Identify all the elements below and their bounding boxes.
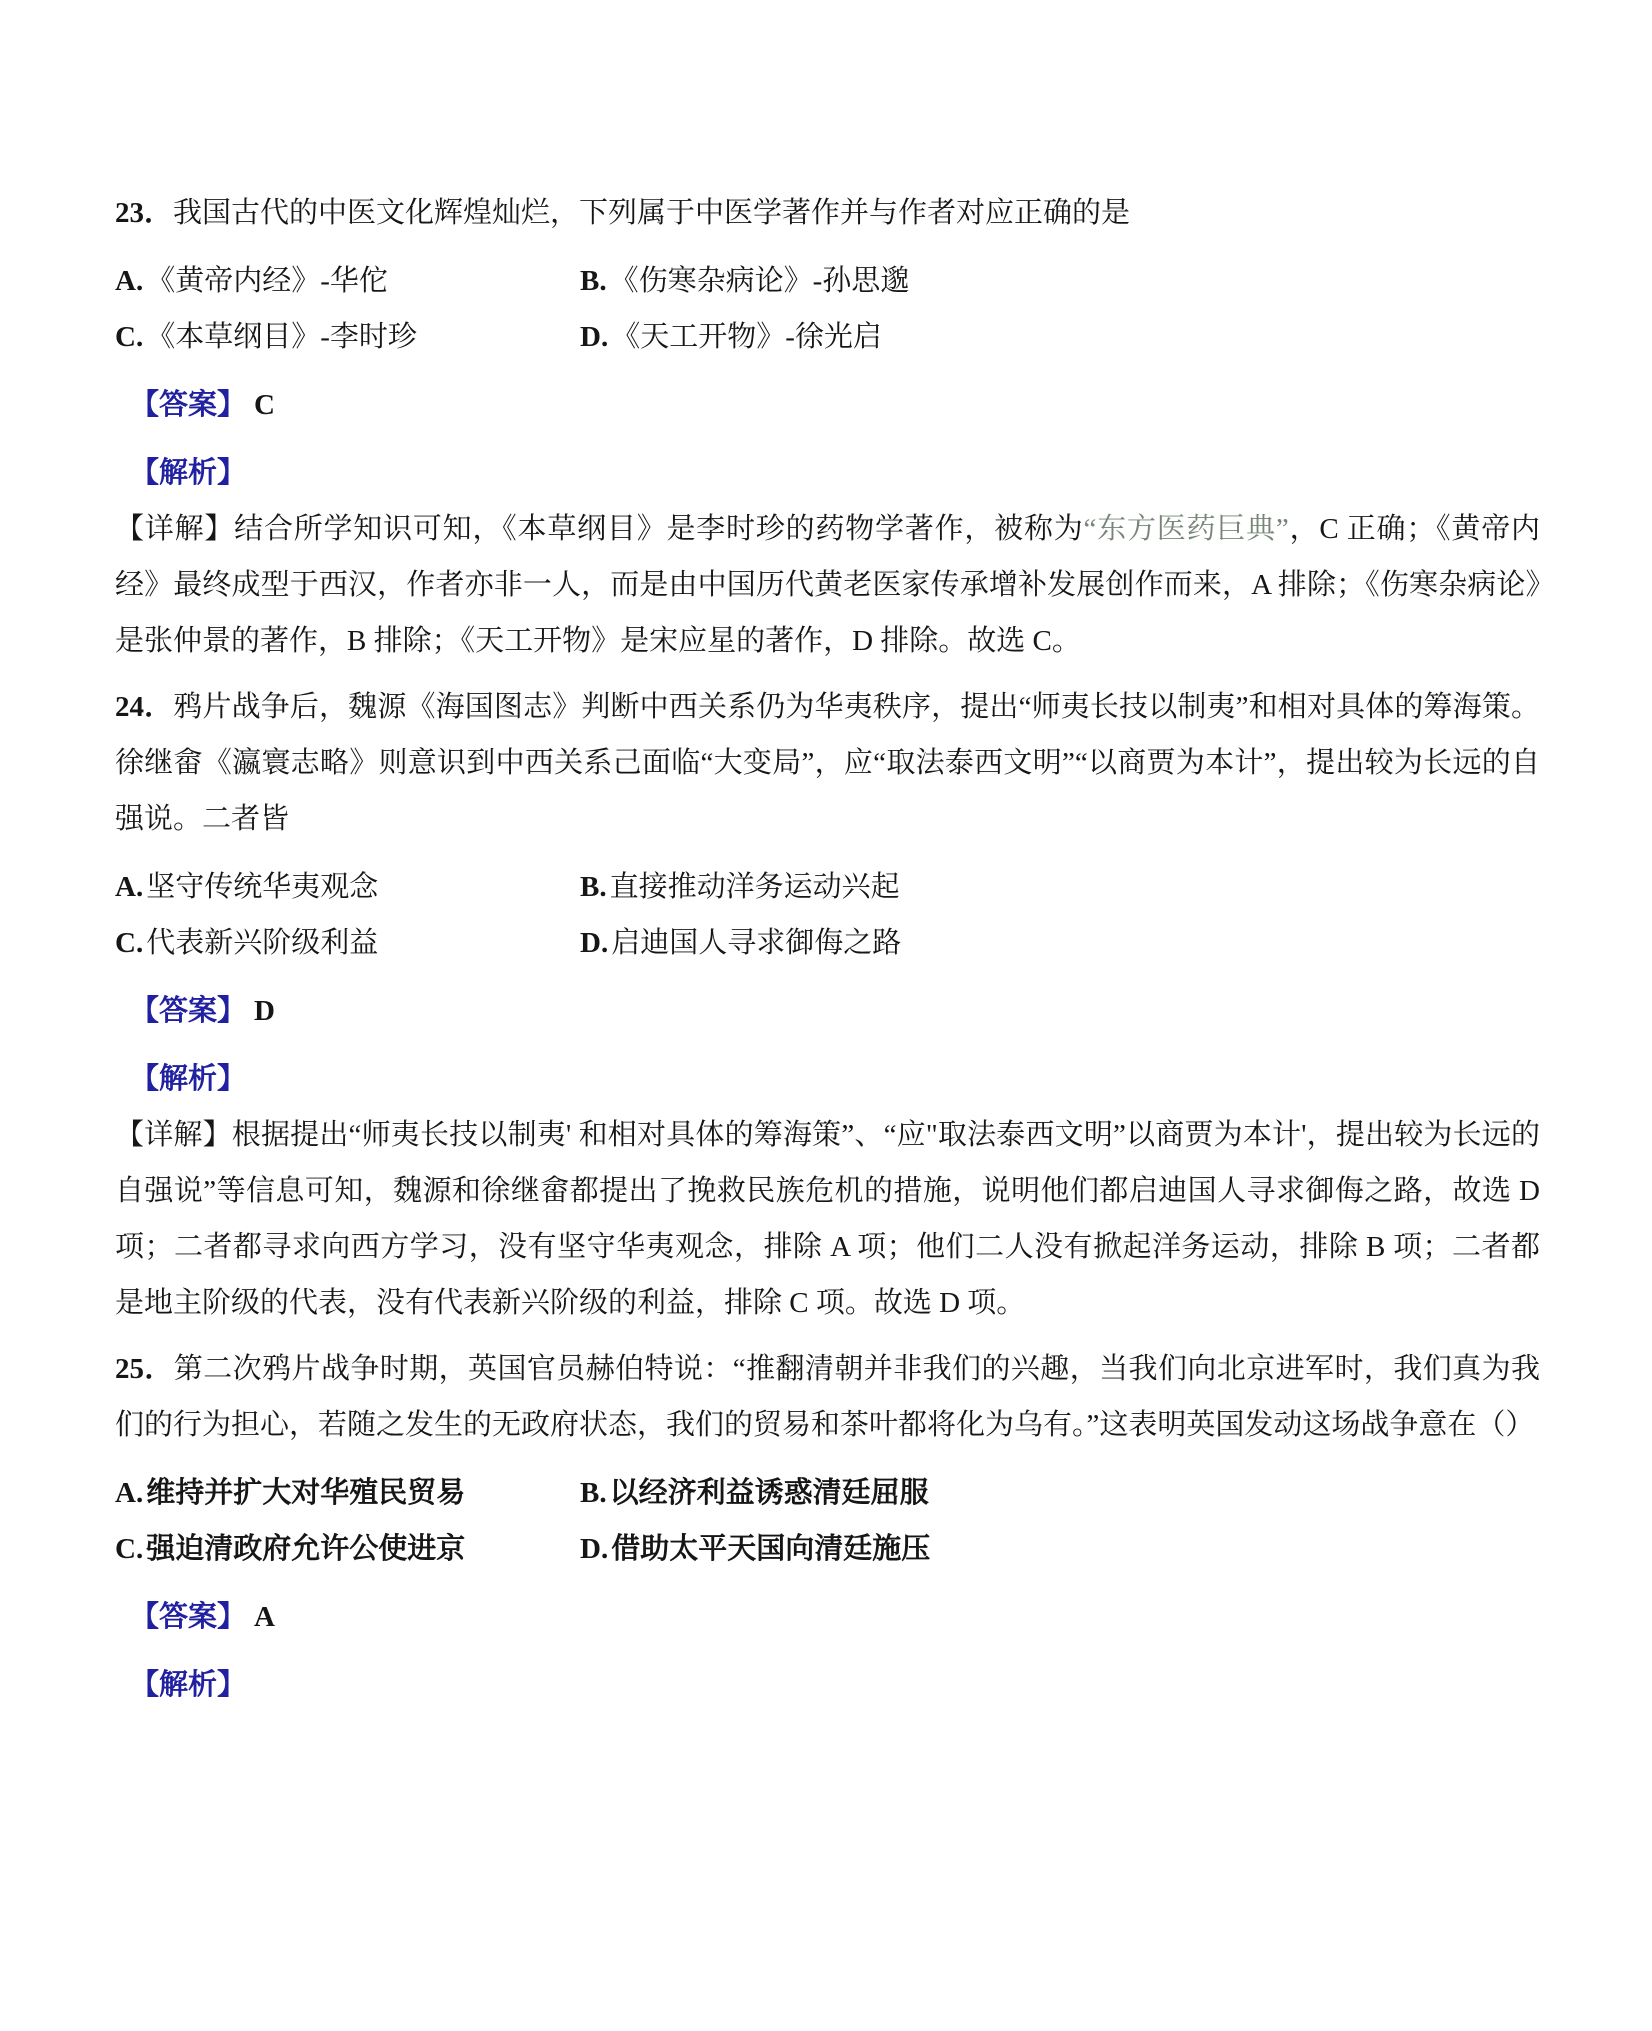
option-a: A.《黄帝内经》-华佗	[115, 253, 580, 309]
answer-line: 【答案】C	[115, 377, 1540, 433]
option-b: B.直接推动洋务运动兴起	[580, 859, 1540, 915]
option-text: 以经济利益诱惑清廷屈服	[610, 1477, 929, 1509]
options-grid: A.维持并扩大对华殖民贸易 B.以经济利益诱惑清廷屈服 C.强迫清政府允许公使进…	[115, 1465, 1540, 1577]
option-c: C.代表新兴阶级利益	[115, 915, 580, 971]
option-d: D.《天工开物》-徐光启	[580, 309, 1540, 365]
answer-value: C	[254, 389, 275, 421]
answer-line: 【答案】A	[115, 1589, 1540, 1645]
question-text: 第二次鸦片战争时期，英国官员赫伯特说：“推翻清朝并非我们的兴趣，当我们向北京进军…	[115, 1353, 1540, 1441]
option-letter: A.	[115, 1477, 143, 1509]
question-text: 鸦片战争后，魏源《海国图志》判断中西关系仍为华夷秩序，提出“师夷长技以制夷”和相…	[115, 691, 1540, 835]
option-letter: B.	[580, 265, 607, 297]
detail-label: 【详解】	[115, 513, 234, 545]
analysis-line: 【解析】	[115, 445, 1540, 501]
question-number: 25．	[115, 1353, 174, 1385]
option-letter: A.	[115, 265, 143, 297]
option-letter: A.	[115, 871, 143, 903]
question-block-24: 24．鸦片战争后，魏源《海国图志》判断中西关系仍为华夷秩序，提出“师夷长技以制夷…	[115, 679, 1540, 1331]
detail-text: 根据提出“师夷长技以制夷' 和相对具体的筹海策”、“应"取法泰西文明”以商贾为本…	[115, 1119, 1540, 1319]
option-text: 启迪国人寻求御侮之路	[611, 927, 901, 959]
exam-document-page: 23．我国古代的中医文化辉煌灿烂，下列属于中医学著作并与作者对应正确的是 A.《…	[0, 0, 1652, 2031]
option-text: 借助太平天国向清廷施压	[611, 1533, 930, 1565]
option-c: C.《本草纲目》-李时珍	[115, 309, 580, 365]
option-d: D.借助太平天国向清廷施压	[580, 1521, 1540, 1577]
option-d: D.启迪国人寻求御侮之路	[580, 915, 1540, 971]
answer-line: 【答案】D	[115, 983, 1540, 1039]
analysis-line: 【解析】	[115, 1051, 1540, 1107]
option-letter: C.	[115, 1533, 143, 1565]
option-text: 《天工开物》-徐光启	[611, 321, 882, 353]
option-text: 《伤寒杂病论》-孙思邈	[610, 265, 910, 297]
question-stem: 25．第二次鸦片战争时期，英国官员赫伯特说：“推翻清朝并非我们的兴趣，当我们向北…	[115, 1341, 1540, 1453]
analysis-label: 【解析】	[130, 1669, 246, 1701]
option-text: 强迫清政府允许公使进京	[146, 1533, 465, 1565]
option-b: B.以经济利益诱惑清廷屈服	[580, 1465, 1540, 1521]
options-grid: A.坚守传统华夷观念 B.直接推动洋务运动兴起 C.代表新兴阶级利益 D.启迪国…	[115, 859, 1540, 971]
analysis-line: 【解析】	[115, 1657, 1540, 1713]
question-number: 24．	[115, 691, 173, 723]
option-letter: C.	[115, 321, 143, 353]
option-text: 代表新兴阶级利益	[146, 927, 378, 959]
option-letter: D.	[580, 927, 608, 959]
question-stem: 24．鸦片战争后，魏源《海国图志》判断中西关系仍为华夷秩序，提出“师夷长技以制夷…	[115, 679, 1540, 847]
answer-label: 【答案】	[130, 389, 246, 421]
option-text: 直接推动洋务运动兴起	[610, 871, 900, 903]
detail-paragraph: 【详解】根据提出“师夷长技以制夷' 和相对具体的筹海策”、“应"取法泰西文明”以…	[115, 1107, 1540, 1331]
answer-value: A	[254, 1601, 275, 1633]
option-letter: D.	[580, 321, 608, 353]
detail-quoted-term: “东方医药巨典”	[1084, 513, 1289, 545]
question-block-23: 23．我国古代的中医文化辉煌灿烂，下列属于中医学著作并与作者对应正确的是 A.《…	[115, 185, 1540, 669]
option-letter: D.	[580, 1533, 608, 1565]
option-letter: B.	[580, 871, 607, 903]
option-text: 坚守传统华夷观念	[146, 871, 378, 903]
detail-label: 【详解】	[115, 1119, 232, 1151]
detail-text: 结合所学知识可知，《本草纲目》是李时珍的药物学著作，被称为	[234, 513, 1083, 545]
option-text: 维持并扩大对华殖民贸易	[146, 1477, 465, 1509]
question-text: 我国古代的中医文化辉煌灿烂，下列属于中医学著作并与作者对应正确的是	[173, 197, 1130, 229]
option-a: A.维持并扩大对华殖民贸易	[115, 1465, 580, 1521]
option-letter: B.	[580, 1477, 607, 1509]
question-block-25: 25．第二次鸦片战争时期，英国官员赫伯特说：“推翻清朝并非我们的兴趣，当我们向北…	[115, 1341, 1540, 1713]
option-b: B.《伤寒杂病论》-孙思邈	[580, 253, 1540, 309]
answer-label: 【答案】	[130, 1601, 246, 1633]
analysis-label: 【解析】	[130, 457, 246, 489]
option-c: C.强迫清政府允许公使进京	[115, 1521, 580, 1577]
option-text: 《本草纲目》-李时珍	[146, 321, 417, 353]
answer-value: D	[254, 995, 275, 1027]
analysis-label: 【解析】	[130, 1063, 246, 1095]
option-letter: C.	[115, 927, 143, 959]
option-text: 《黄帝内经》-华佗	[146, 265, 388, 297]
option-a: A.坚守传统华夷观念	[115, 859, 580, 915]
detail-paragraph: 【详解】结合所学知识可知，《本草纲目》是李时珍的药物学著作，被称为“东方医药巨典…	[115, 501, 1540, 669]
question-stem: 23．我国古代的中医文化辉煌灿烂，下列属于中医学著作并与作者对应正确的是	[115, 185, 1540, 241]
answer-label: 【答案】	[130, 995, 246, 1027]
options-grid: A.《黄帝内经》-华佗 B.《伤寒杂病论》-孙思邈 C.《本草纲目》-李时珍 D…	[115, 253, 1540, 365]
question-number: 23．	[115, 197, 173, 229]
